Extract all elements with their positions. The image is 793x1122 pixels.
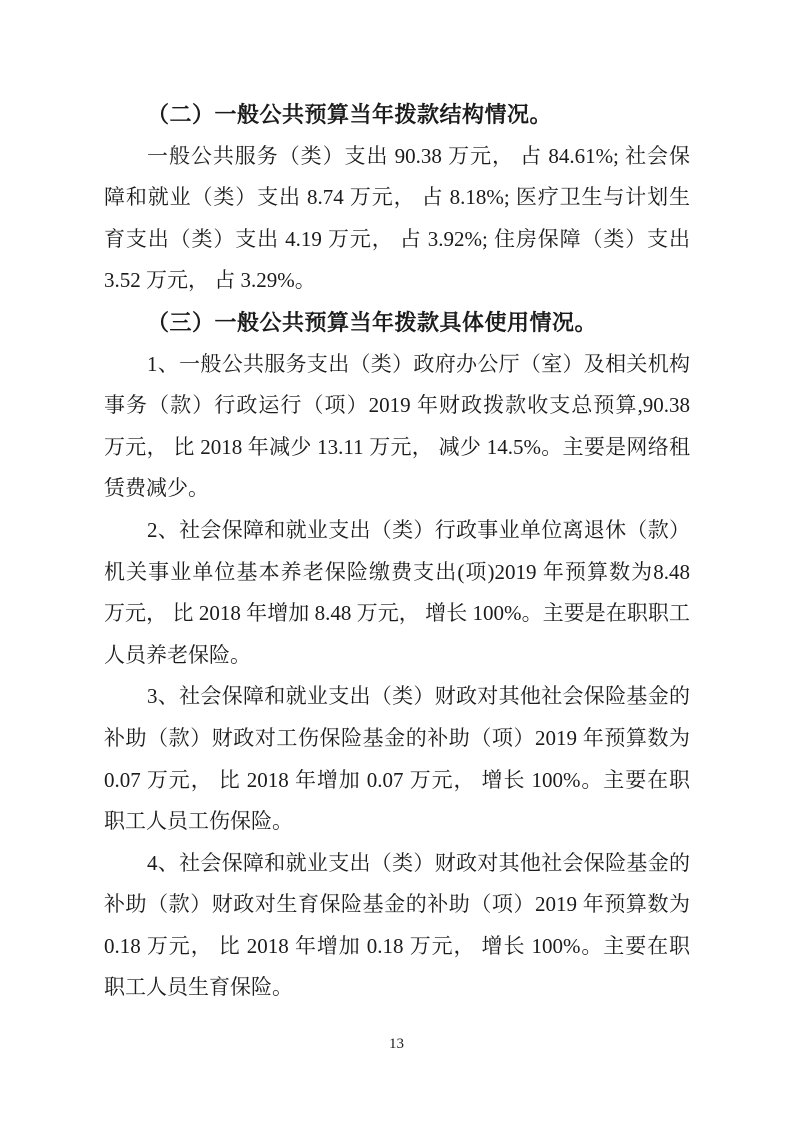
paragraph-line: 职工人员生育保险。	[104, 967, 690, 1009]
paragraph-line: 人员养老保险。	[104, 635, 690, 677]
paragraph-line: 补助（款）财政对生育保险基金的补助（项）2019 年预算数为	[104, 884, 690, 926]
paragraph-line: 障和就业（类）支出 8.74 万元， 占 8.18%; 医疗卫生与计划生	[104, 177, 690, 219]
paragraph-line: 3、社会保障和就业支出（类）财政对其他社会保险基金的	[104, 676, 690, 718]
paragraph-line: 0.18 万元， 比 2018 年增加 0.18 万元， 增长 100%。主要在…	[104, 926, 690, 968]
document-body: （二）一般公共预算当年拨款结构情况。 一般公共服务（类）支出 90.38 万元，…	[104, 94, 690, 1009]
paragraph-line: 育支出（类）支出 4.19 万元， 占 3.92%; 住房保障（类）支出	[104, 219, 690, 261]
document-page: （二）一般公共预算当年拨款结构情况。 一般公共服务（类）支出 90.38 万元，…	[0, 0, 793, 1122]
paragraph-line: 事务（款）行政运行（项）2019 年财政拨款收支总预算,90.38	[104, 385, 690, 427]
paragraph-line: 补助（款）财政对工伤保险基金的补助（项）2019 年预算数为	[104, 718, 690, 760]
paragraph-line: 0.07 万元， 比 2018 年增加 0.07 万元， 增长 100%。主要在…	[104, 760, 690, 802]
section-heading-2: （二）一般公共预算当年拨款结构情况。	[104, 94, 690, 136]
paragraph-line: 赁费减少。	[104, 468, 690, 510]
paragraph-line: 万元， 比 2018 年减少 13.11 万元， 减少 14.5%。主要是网络租	[104, 427, 690, 469]
paragraph-line: 2、社会保障和就业支出（类）行政事业单位离退休（款）	[104, 510, 690, 552]
paragraph-line: 职工人员工伤保险。	[104, 801, 690, 843]
section-heading-3: （三）一般公共预算当年拨款具体使用情况。	[104, 302, 690, 344]
paragraph-line: 1、一般公共服务支出（类）政府办公厅（室）及相关机构	[104, 344, 690, 386]
paragraph-line: 4、社会保障和就业支出（类）财政对其他社会保险基金的	[104, 843, 690, 885]
paragraph-line: 3.52 万元， 占 3.29%。	[104, 260, 690, 302]
paragraph-line: 机关事业单位基本养老保险缴费支出(项)2019 年预算数为8.48	[104, 552, 690, 594]
paragraph-line: 一般公共服务（类）支出 90.38 万元， 占 84.61%; 社会保	[104, 136, 690, 178]
page-number: 13	[0, 1036, 793, 1053]
paragraph-line: 万元， 比 2018 年增加 8.48 万元， 增长 100%。主要是在职职工	[104, 593, 690, 635]
